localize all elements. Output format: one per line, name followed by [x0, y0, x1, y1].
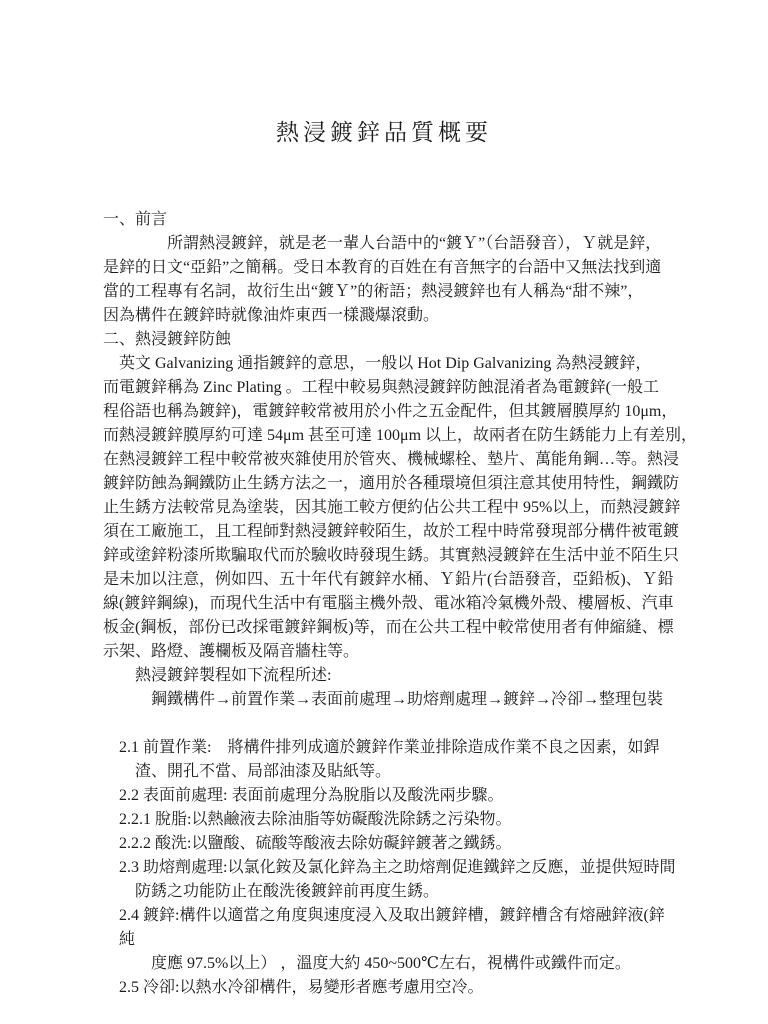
text-line: 一、前言 — [103, 208, 738, 232]
text-line: 純 — [103, 928, 738, 952]
text-line: 板金(鋼板，部份已改採電鍍鋅鋼板)等，而在公共工程中較常使用者有伸縮縫、標 — [103, 616, 738, 640]
text-line: 是鋅的日文“亞鉛”之簡稱。受日本教育的百姓在有音無字的台語中又無法找到適 — [103, 256, 738, 280]
text-line: 熱浸鍍鋅製程如下流程所述: — [103, 664, 738, 688]
text-line: 須在工廠施工，且工程師對熱浸鍍鋅較陌生，故於工程中時常發現部分構件被電鍍 — [103, 520, 738, 544]
document-page: 熱浸鍍鋅品質概要 一、前言 所謂熱浸鍍鋅，就是老一輩人台語中的“鍍Ｙ”（台語發音… — [0, 0, 768, 1024]
text-line: 在熱浸鍍鋅工程中較常被夾雜使用於管夾、機械螺栓、墊片、萬能角鋼…等。熱浸 — [103, 448, 738, 472]
text-line: 而電鍍鋅稱為 Zinc Plating 。工程中較易與熱浸鍍鋅防蝕混淆者為電鍍鋅… — [103, 376, 738, 400]
text-line: 防銹之功能防止在酸洗後鍍鋅前再度生銹。 — [103, 880, 738, 904]
text-line: 2.3 助熔劑處理:以氯化銨及氯化鋅為主之助熔劑促進鐵鋅之反應，並提供短時間 — [103, 856, 738, 880]
text-line: 二、熱浸鍍鋅防蝕 — [103, 328, 738, 352]
text-line: 鍍鋅防蝕為鋼鐵防止生銹方法之一，適用於各種環境但須注意其使用特性，鋼鐵防 — [103, 472, 738, 496]
text-line: 當的工程專有名詞，故衍生出“鍍Ｙ”的術語；熱浸鍍鋅也有人稱為“甜不辣”， — [103, 280, 738, 304]
text-line: 是未加以注意，例如四、五十年代有鍍鋅水桶、Ｙ鉛片(台語發音，亞鉛板)、Ｙ鉛 — [103, 568, 738, 592]
text-line: 2.2 表面前處理: 表面前處理分為脫脂以及酸洗兩步驟。 — [103, 784, 738, 808]
text-line: 因為構件在鍍鋅時就像油炸東西一樣濺爆滾動。 — [103, 304, 738, 328]
text-line: 示架、路燈、護欄板及隔音牆柱等。 — [103, 640, 738, 664]
text-line: 2.2.1 脫脂:以熱鹼液去除油脂等妨礙酸洗除銹之污染物。 — [103, 808, 738, 832]
text-line: 線(鍍鋅鋼線)，而現代生活中有電腦主機外殼、電冰箱冷氣機外殼、樓層板、汽車 — [103, 592, 738, 616]
text-line: 度應 97.5%以上） ，溫度大約 450~500℃左右，視構件或鐵件而定。 — [103, 952, 738, 976]
document-title: 熱浸鍍鋅品質概要 — [0, 0, 768, 148]
text-line: 2.2.2 酸洗:以鹽酸、硫酸等酸液去除妨礙鋅鍍著之鐵銹。 — [103, 832, 738, 856]
text-line: 止生銹方法較常見為塗裝，因其施工較方便約佔公共工程中 95%以上，而熱浸鍍鋅 — [103, 496, 738, 520]
document-body: 一、前言 所謂熱浸鍍鋅，就是老一輩人台語中的“鍍Ｙ”（台語發音），Ｙ就是鋅，是鋅… — [0, 208, 768, 1000]
text-line: 2.4 鍍鋅:構件以適當之角度與速度浸入及取出鍍鋅槽，鍍鋅槽含有熔融鋅液(鋅 — [103, 904, 738, 928]
text-line: 鋼鐵構件→前置作業→表面前處理→助熔劑處理→鍍鋅→冷卻→整理包裝 — [103, 688, 738, 712]
text-line — [103, 712, 738, 736]
text-line: 所謂熱浸鍍鋅，就是老一輩人台語中的“鍍Ｙ”（台語發音），Ｙ就是鋅， — [103, 232, 738, 256]
text-line: 英文 Galvanizing 通指鍍鋅的意思，一般以 Hot Dip Galva… — [103, 352, 738, 376]
text-line: 2.5 冷卻:以熱水冷卻構件，易變形者應考慮用空冷。 — [103, 976, 738, 1000]
text-line: 渣、開孔不當、局部油漆及貼紙等。 — [103, 760, 738, 784]
text-line: 2.1 前置作業: 將構件排列成適於鍍鋅作業並排除造成作業不良之因素，如銲 — [103, 736, 738, 760]
text-line: 程俗語也稱為鍍鋅)，電鍍鋅較常被用於小件之五金配件，但其鍍層膜厚約 10μm， — [103, 400, 738, 424]
text-line: 而熱浸鍍鋅膜厚約可達 54μm 甚至可達 100μm 以上，故兩者在防生銹能力上… — [103, 424, 738, 448]
text-line: 鋅或塗鋅粉漆所欺騙取代而於驗收時發現生銹。其實熱浸鍍鋅在生活中並不陌生只 — [103, 544, 738, 568]
